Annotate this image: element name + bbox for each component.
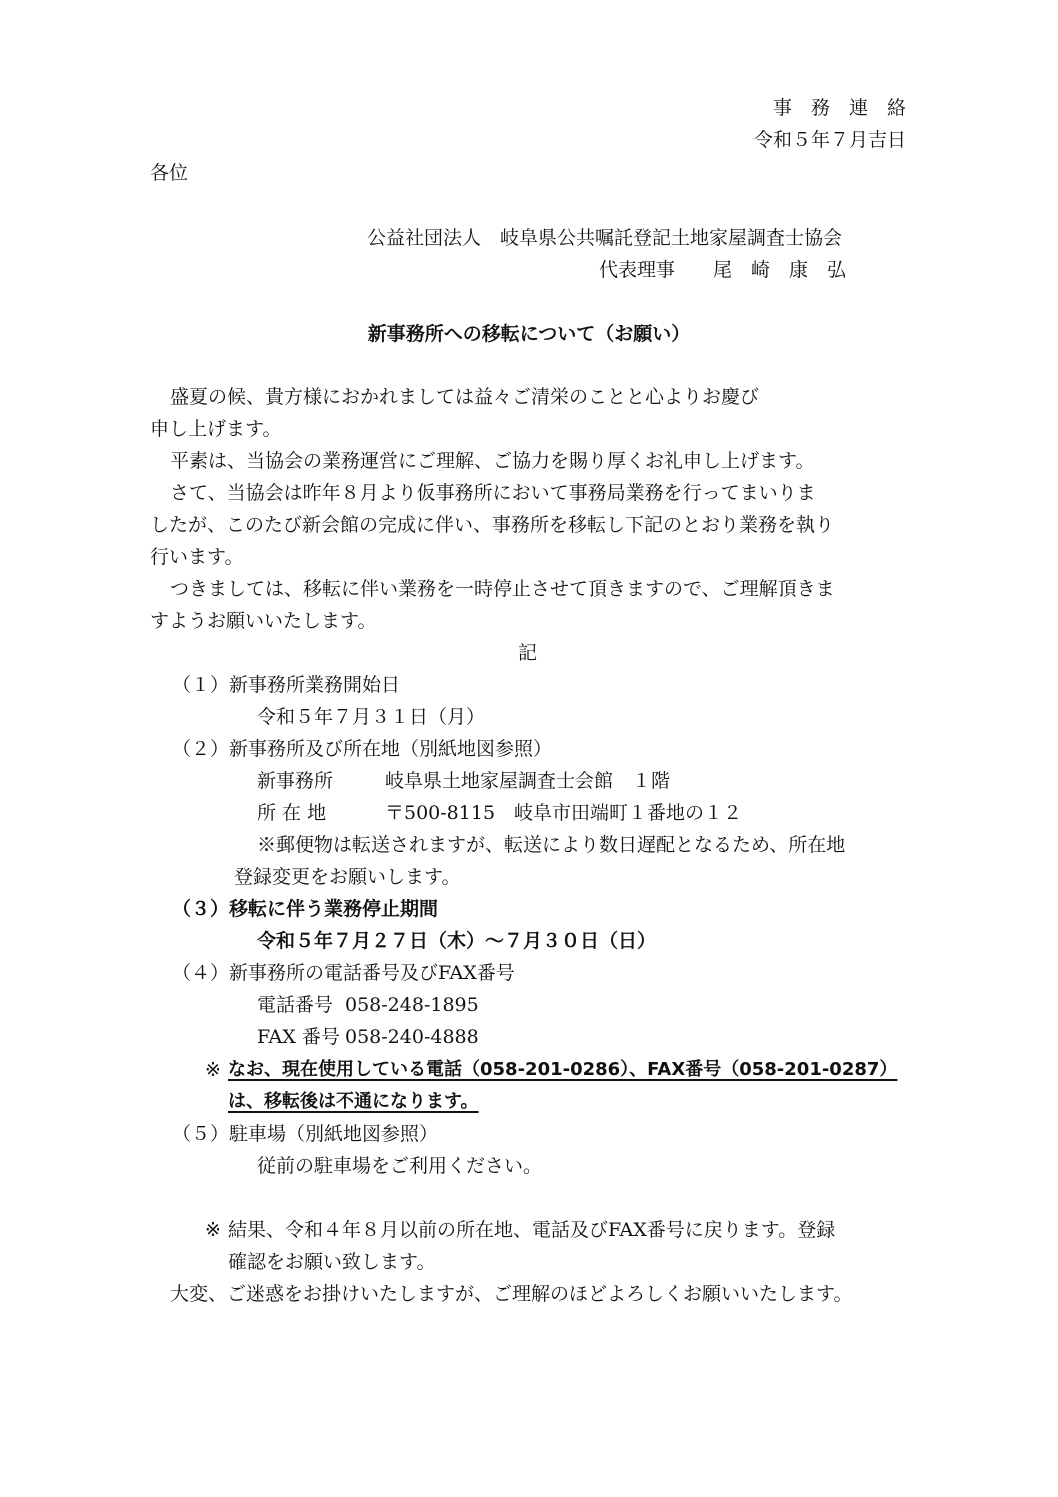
phone-value: 058-248-1895 xyxy=(345,993,479,1017)
paragraph-3-line-2: したが、このたび新会館の完成に伴い、事務所を移転し下記のとおり業務を執り xyxy=(150,513,834,537)
ki-heading: 記 xyxy=(518,641,537,665)
old-number-note-mark: ※ xyxy=(205,1058,221,1082)
paragraph-1-line-2: 申し上げます。 xyxy=(150,417,281,441)
mail-note-line-2: 登録変更をお願いします。 xyxy=(234,865,460,889)
closing-note-mark: ※ xyxy=(205,1218,221,1242)
mail-note-line-1: ※郵便物は転送されますが、転送により数日遅配となるため、所在地 xyxy=(257,833,845,857)
fax-value: 058-240-4888 xyxy=(345,1025,479,1049)
old-number-note-line-2: は、移転後は不通になります。 xyxy=(228,1090,479,1114)
paragraph-3-line-1: さて、当協会は昨年８月より仮事務所において事務局業務を行ってまいりま xyxy=(170,481,816,505)
item-1-heading: （１）新事務所業務開始日 xyxy=(172,673,400,697)
item-3-heading: （３）移転に伴う業務停止期間 xyxy=(172,897,438,921)
doc-type: 事 務 連 絡 xyxy=(600,96,906,120)
office-value: 岐阜県土地家屋調査士会館 １階 xyxy=(385,769,670,793)
address-value: 〒500-8115 岐阜市田端町１番地の１２ xyxy=(385,801,742,825)
paragraph-3-line-3: 行います。 xyxy=(150,545,243,569)
item-2-heading: （２）新事務所及び所在地（別紙地図参照） xyxy=(172,737,552,761)
phone-label: 電話番号 xyxy=(257,993,333,1017)
office-label: 新事務所 xyxy=(257,769,333,793)
recipient: 各位 xyxy=(150,161,188,185)
document-title: 新事務所への移転について（お願い） xyxy=(0,322,1058,346)
item-3-period: 令和５年７月２７日（木）～７月３０日（日） xyxy=(257,929,656,953)
item-4-heading: （４）新事務所の電話番号及びFAX番号 xyxy=(172,961,515,985)
fax-label: FAX 番号 xyxy=(257,1025,340,1049)
sender-organization: 公益社団法人 岐阜県公共嘱託登記土地家屋調査士協会 xyxy=(367,226,842,250)
closing-note-line-1: 結果、令和４年８月以前の所在地、電話及びFAX番号に戻ります。登録 xyxy=(228,1218,835,1242)
item-1-date: 令和５年７月３１日（月） xyxy=(257,705,485,729)
paragraph-1-line-1: 盛夏の候、貴方様におかれましては益々ご清栄のことと心よりお慶び xyxy=(170,385,759,409)
item-5-text: 従前の駐車場をご利用ください。 xyxy=(257,1154,542,1178)
paragraph-2: 平素は、当協会の業務運営にご理解、ご協力を賜り厚くお礼申し上げます。 xyxy=(170,449,814,473)
old-number-note-line-1: なお、現在使用している電話（058-201-0286）、FAX番号（058-20… xyxy=(228,1058,897,1082)
closing-note-line-2: 確認をお願い致します。 xyxy=(228,1250,435,1274)
item-5-heading: （５）駐車場（別紙地図参照） xyxy=(172,1122,438,1146)
paragraph-4-line-1: つきましては、移転に伴い業務を一時停止させて頂きますので、ご理解頂きま xyxy=(170,577,835,601)
closing-message: 大変、ご迷惑をお掛けいたしますが、ご理解のほどよろしくお願いいたします。 xyxy=(170,1282,852,1306)
paragraph-4-line-2: すようお願いいたします。 xyxy=(150,609,376,633)
address-label: 所 在 地 xyxy=(257,801,326,825)
sender-representative: 代表理事 尾 崎 康 弘 xyxy=(599,258,846,282)
issue-date: 令和５年７月吉日 xyxy=(600,128,906,152)
